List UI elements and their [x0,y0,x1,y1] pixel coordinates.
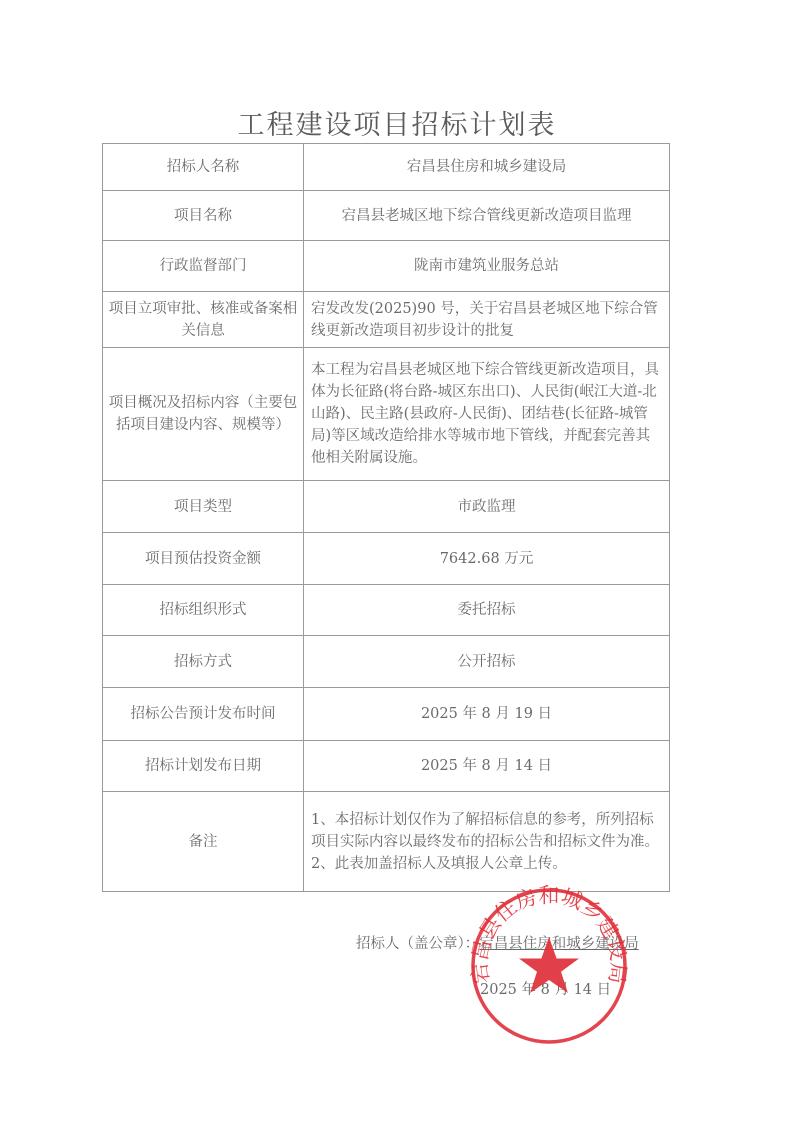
row-label: 招标计划发布日期 [103,741,304,792]
table-row: 招标组织形式 委托招标 [103,585,670,636]
row-label: 招标公告预计发布时间 [103,688,304,741]
row-label: 项目概况及招标内容（主要包括项目建设内容、规模等） [103,348,304,481]
bidding-plan-table: 招标人名称 宕昌县住房和城乡建设局 项目名称 宕昌县老城区地下综合管线更新改造项… [102,143,670,892]
notes-cell: 1、本招标计划仅作为了解招标信息的参考，所列招标项目实际内容以最终发布的招标公告… [304,792,670,892]
row-label: 项目立项审批、核准或备案相关信息 [103,292,304,348]
note-item: 1、本招标计划仅作为了解招标信息的参考，所列招标项目实际内容以最终发布的招标公告… [311,809,663,853]
signature-label: 招标人（盖公章）： [356,936,479,952]
row-label: 项目预估投资金额 [103,533,304,585]
row-value: 宕发改发(2025)90 号，关于宕昌县老城区地下综合管线更新改造项目初步设计的… [304,292,670,348]
row-value: 陇南市建筑业服务总站 [304,241,670,292]
table-row: 招标人名称 宕昌县住房和城乡建设局 [103,144,670,191]
row-label: 备注 [103,792,304,892]
row-label: 项目类型 [103,481,304,533]
row-value: 本工程为宕昌县老城区地下综合管线更新改造项目，具体为长征路(将台路-城区东出口)… [304,348,670,481]
row-value: 宕昌县老城区地下综合管线更新改造项目监理 [304,191,670,241]
official-seal: 宕昌县住房和城乡建设局 [468,885,630,1047]
table-row: 项目概况及招标内容（主要包括项目建设内容、规模等） 本工程为宕昌县老城区地下综合… [103,348,670,481]
table-row: 项目名称 宕昌县老城区地下综合管线更新改造项目监理 [103,191,670,241]
row-value: 7642.68 万元 [304,533,670,585]
row-value: 2025 年 8 月 19 日 [304,688,670,741]
table-row: 行政监督部门 陇南市建筑业服务总站 [103,241,670,292]
signature-org: 宕昌县住房和城乡建设局 [479,936,639,952]
row-label: 招标方式 [103,636,304,688]
table-row: 项目立项审批、核准或备案相关信息 宕发改发(2025)90 号，关于宕昌县老城区… [103,292,670,348]
row-label: 项目名称 [103,191,304,241]
row-label: 招标组织形式 [103,585,304,636]
row-label: 行政监督部门 [103,241,304,292]
table-row: 招标方式 公开招标 [103,636,670,688]
note-item: 2、此表加盖招标人及填报人公章上传。 [311,853,663,875]
page-title: 工程建设项目招标计划表 [0,103,794,142]
row-value: 委托招标 [304,585,670,636]
table-row: 项目预估投资金额 7642.68 万元 [103,533,670,585]
signature-date: 2025 年 8 月 14 日 [480,978,611,999]
row-value: 2025 年 8 月 14 日 [304,741,670,792]
row-label: 招标人名称 [103,144,304,191]
table-row: 招标公告预计发布时间 2025 年 8 月 19 日 [103,688,670,741]
row-value: 宕昌县住房和城乡建设局 [304,144,670,191]
signature-line: 招标人（盖公章）：宕昌县住房和城乡建设局 [356,932,639,953]
table-row: 招标计划发布日期 2025 年 8 月 14 日 [103,741,670,792]
row-value: 公开招标 [304,636,670,688]
row-value: 市政监理 [304,481,670,533]
table-row: 备注 1、本招标计划仅作为了解招标信息的参考，所列招标项目实际内容以最终发布的招… [103,792,670,892]
table-row: 项目类型 市政监理 [103,481,670,533]
